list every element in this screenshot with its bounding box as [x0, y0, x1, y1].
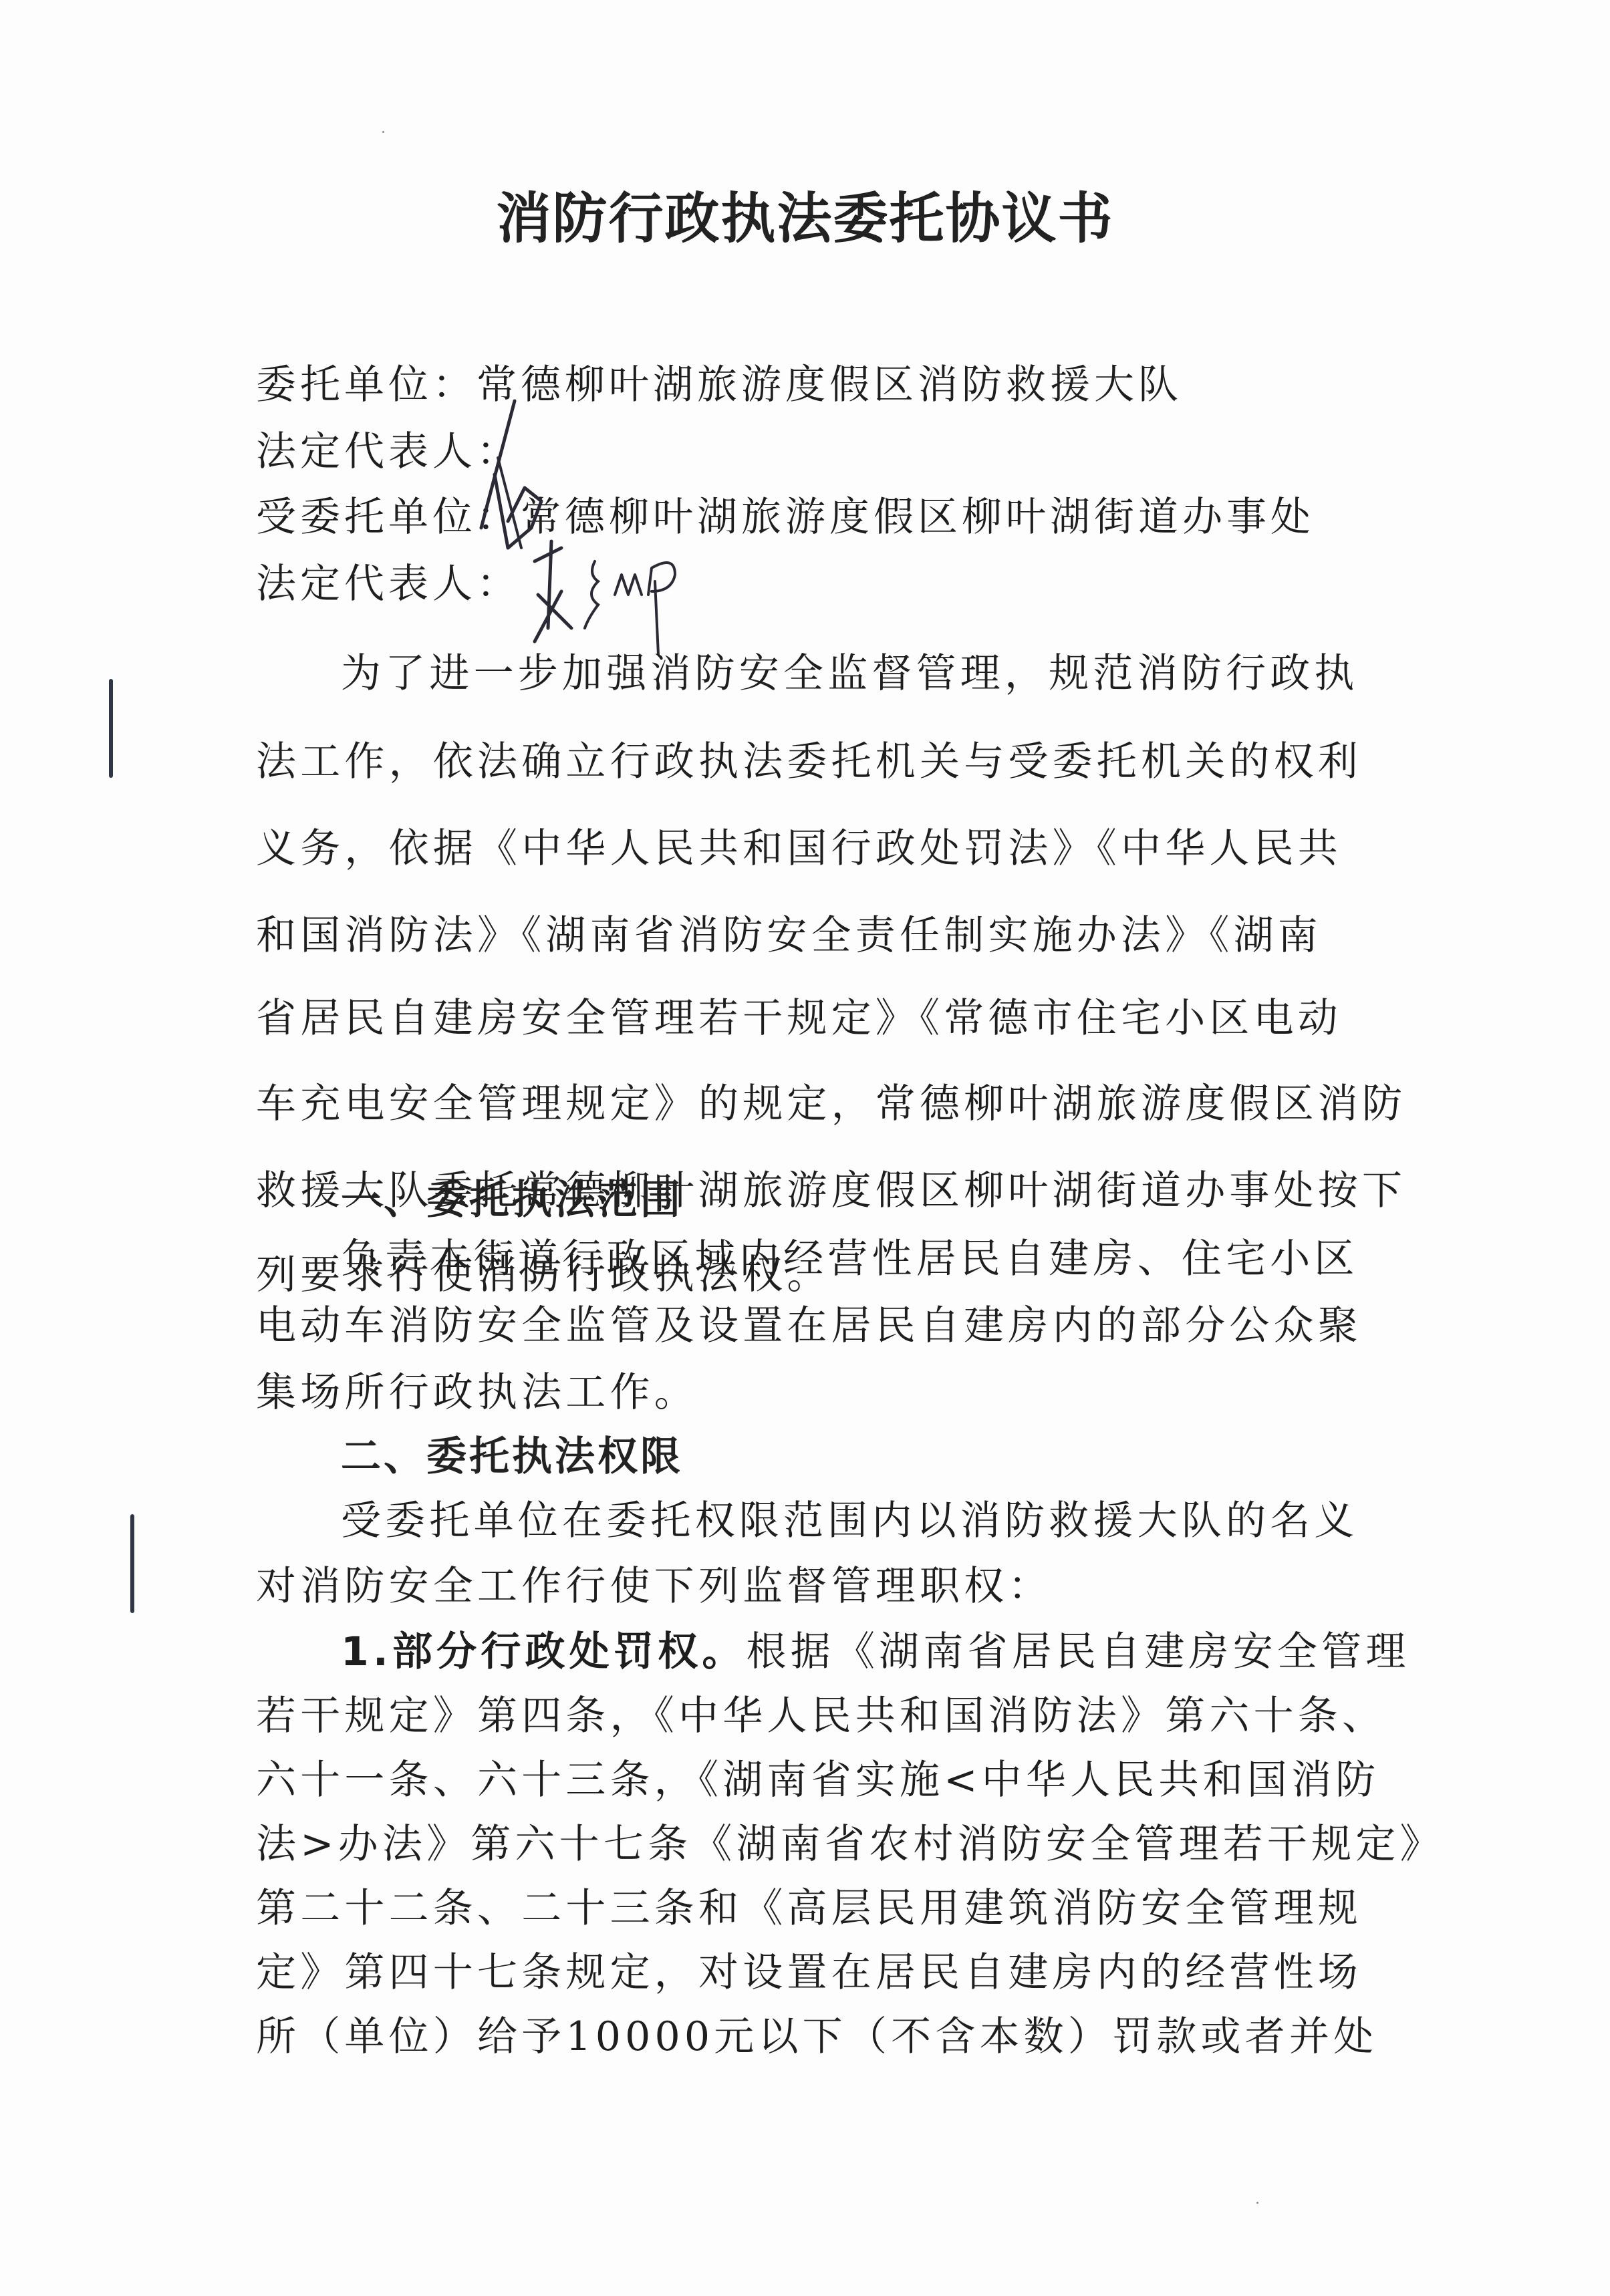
item-line: 六十一条、六十三条，《湖南省实施<中华人民共和国消防 [256, 1748, 1379, 1806]
signature-entrusted-representative [521, 528, 722, 655]
item-line: 第二十二条、二十三条和《高层民用建筑消防安全管理规 [256, 1876, 1362, 1934]
section-line: 受委托单位在委托权限范围内以消防救援大队的名义 [341, 1489, 1359, 1546]
section-line: 集场所行政执法工作。 [256, 1360, 698, 1418]
preamble-line: 义务，依据《中华人民共和国行政处罚法》《中华人民共 [256, 817, 1342, 874]
section-line: 对消防安全工作行使下列监督管理职权： [256, 1554, 1053, 1612]
preamble-line: 为了进一步加强消防安全监督管理，规范消防行政执 [341, 641, 1359, 699]
section-heading-scope: 一、委托执法范围 [341, 1168, 683, 1226]
item-line: 法>办法》第六十七条《湖南省农村消防安全管理若干规定》 [256, 1812, 1444, 1870]
section-line: 电动车消防安全监管及设置在居民自建房内的部分公众聚 [256, 1294, 1362, 1351]
preamble-line: 和国消防法》《湖南省消防安全责任制实施办法》《湖南 [256, 903, 1322, 961]
document-title: 消防行政执法委托协议书 [0, 175, 1610, 253]
preamble-line: 法工作，依法确立行政执法委托机关与受委托机关的权利 [256, 730, 1362, 787]
entrusting-unit-label: 委托单位： [256, 362, 477, 408]
section-heading-authority: 二、委托执法权限 [341, 1425, 683, 1482]
item-lead: 1.部分行政处罚权。 [341, 1628, 747, 1675]
preamble-line: 省居民自建房安全管理若干规定》《常德市住宅小区电动 [256, 986, 1342, 1044]
document-page: 消防行政执法委托协议书 委托单位：常德柳叶湖旅游度假区消防救援大队 法定代表人：… [0, 0, 1610, 2296]
item-line: 若干规定》第四条，《中华人民共和国消防法》第六十条、 [256, 1684, 1386, 1741]
binding-mark-icon [130, 1514, 134, 1613]
binding-mark-icon [109, 679, 113, 778]
item-line: 所（单位）给予10000元以下（不含本数）罚款或者并处 [256, 2005, 1377, 2062]
section-line: 负责本街道行政区域内经营性居民自建房、住宅小区 [341, 1227, 1359, 1284]
entrusted-unit-line: 受委托单位：常德柳叶湖旅游度假区柳叶湖街道办事处 [256, 485, 1315, 543]
scan-speck [1256, 2202, 1258, 2204]
item-first-line-rest: 根据《湖南省居民自建房安全管理 [747, 1628, 1410, 1675]
scan-speck [382, 131, 384, 133]
item-line: 定》第四十七条规定，对设置在居民自建房内的经营性场 [256, 1941, 1362, 1998]
item-first-line: 1.部分行政处罚权。根据《湖南省居民自建房安全管理 [341, 1620, 1410, 1677]
entrusting-unit-line: 委托单位：常德柳叶湖旅游度假区消防救援大队 [256, 353, 1182, 410]
preamble-line: 车充电安全管理规定》的规定，常德柳叶湖旅游度假区消防 [256, 1072, 1406, 1129]
